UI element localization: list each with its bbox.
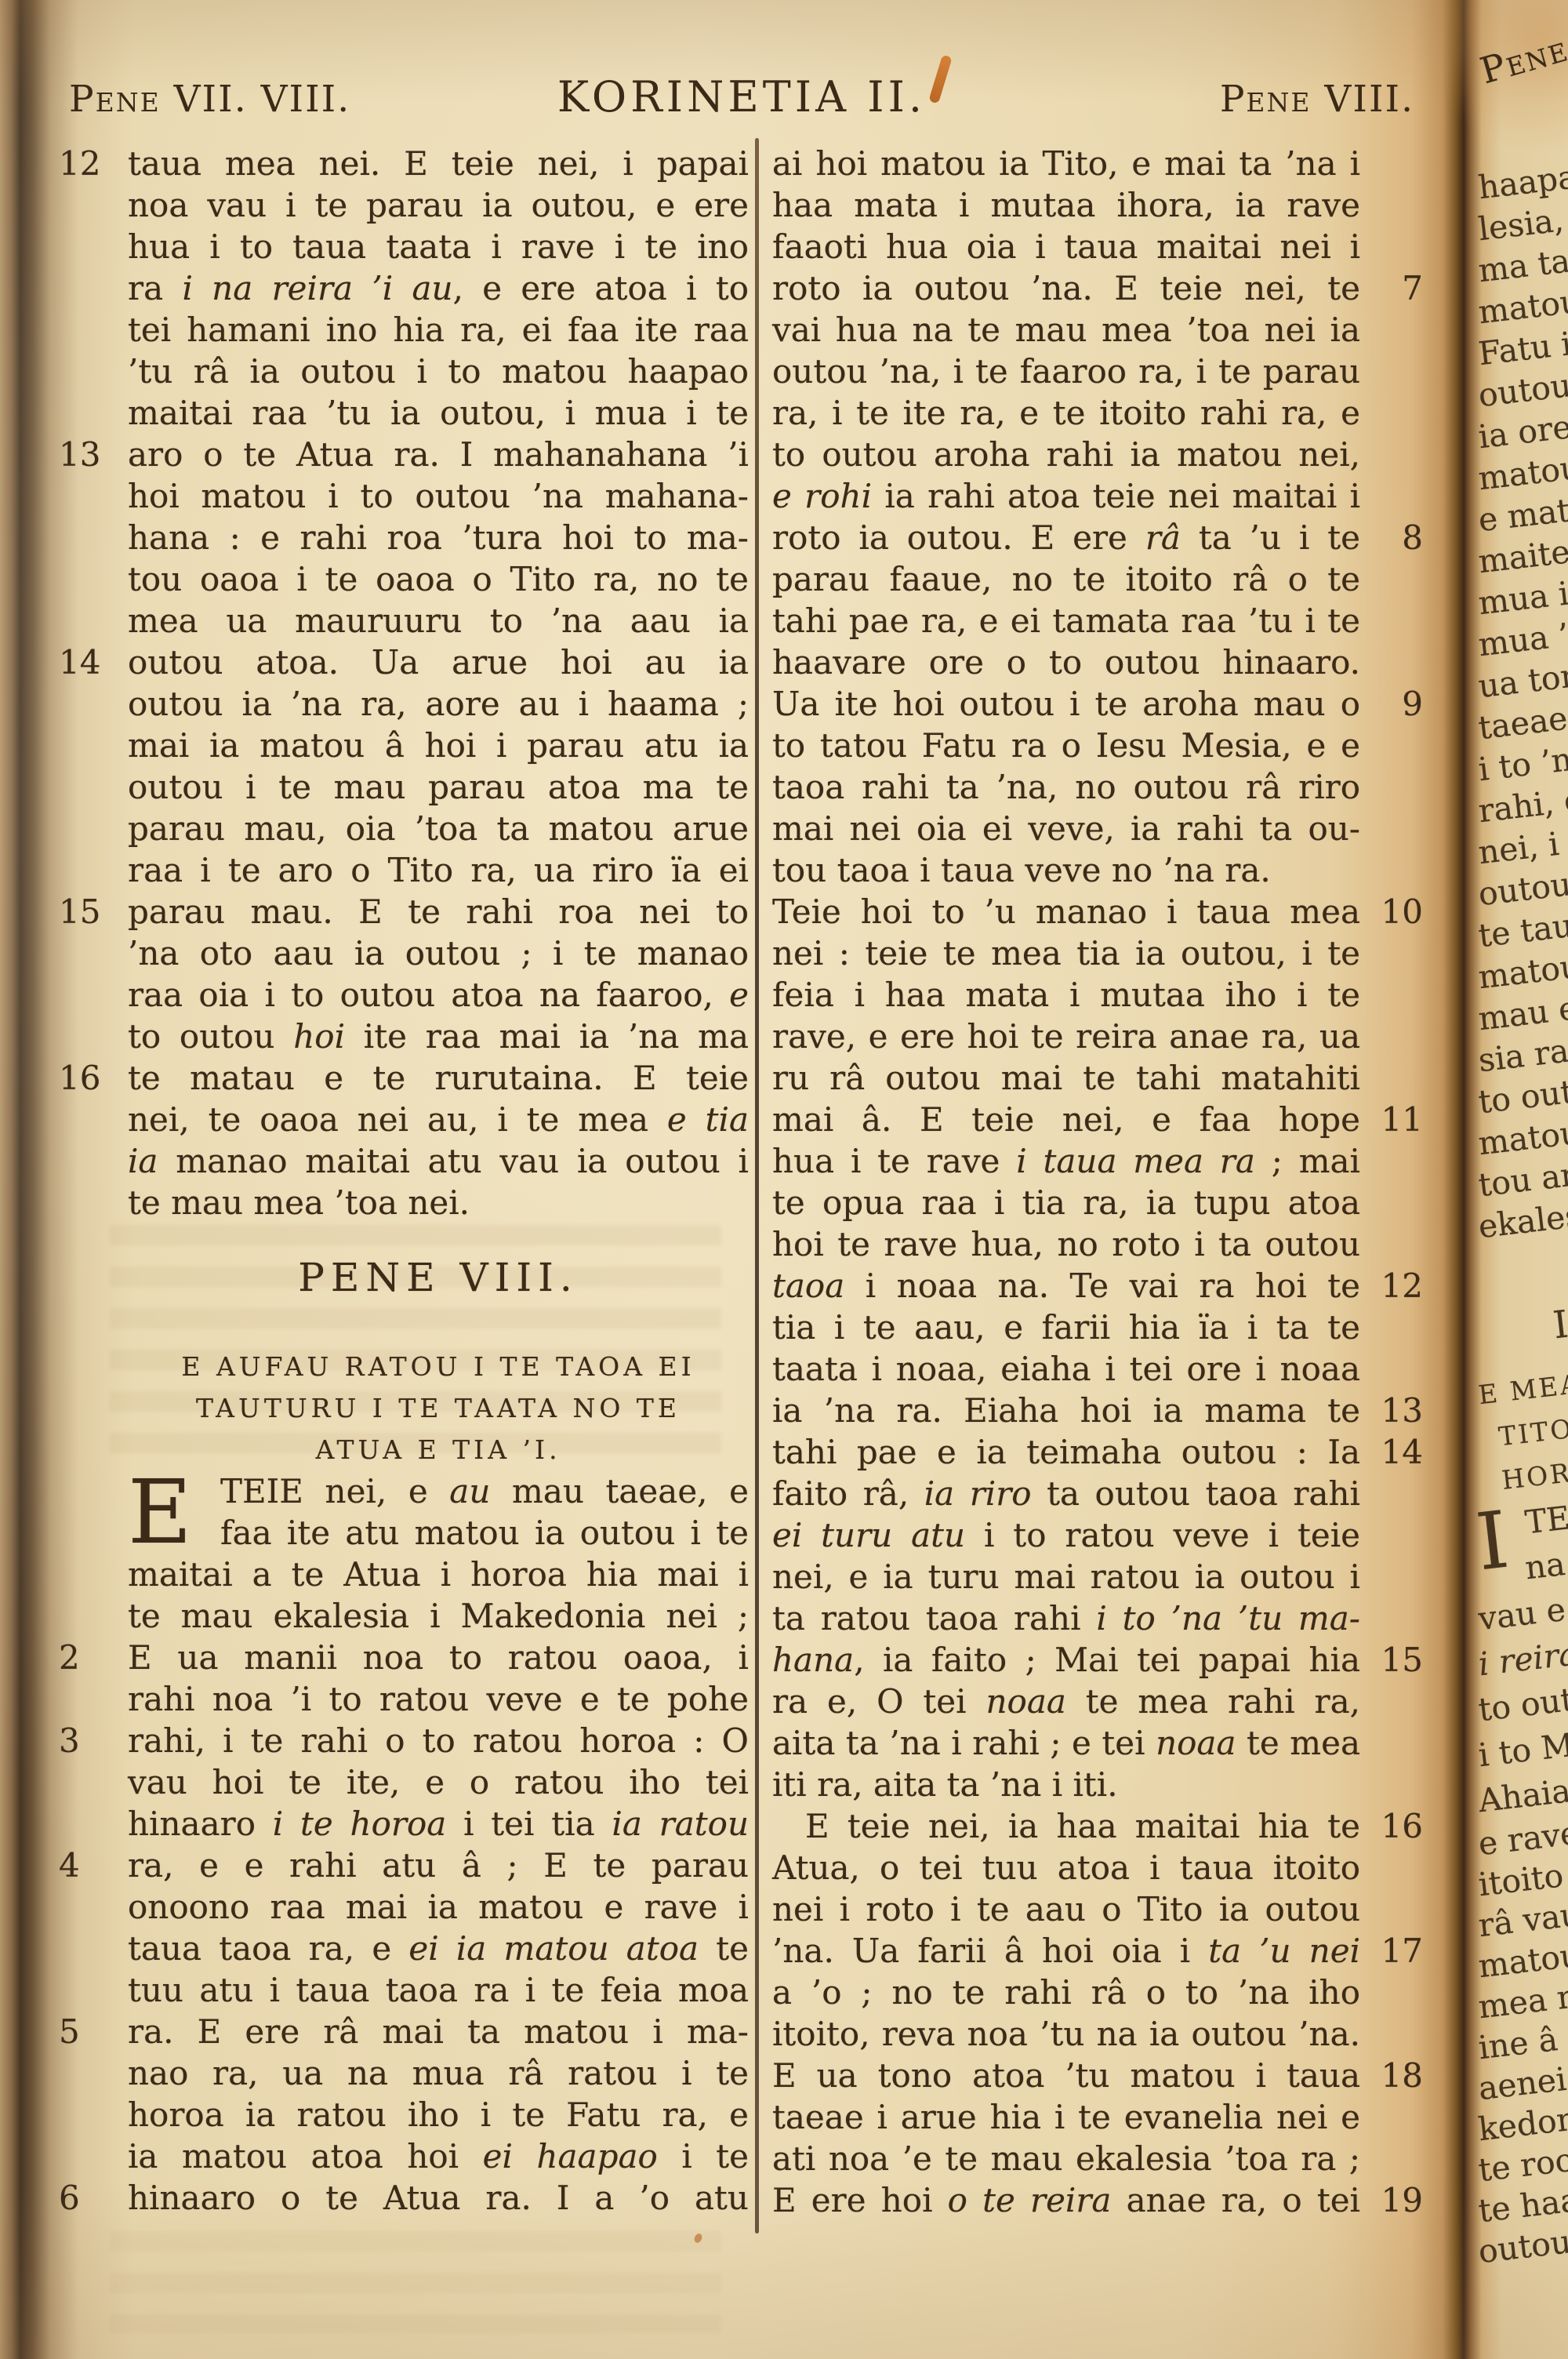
text-line: parau faaue, no te itoito râ o te bbox=[772, 558, 1423, 600]
text-line: 7roto ia outou ’na. E teie nei, te bbox=[772, 267, 1423, 309]
text-line: hua i to taua taata i rave i te ino bbox=[59, 226, 749, 267]
line-text: ra. E ere râ mai ta matou i ma- bbox=[128, 2011, 749, 2052]
line-text: ia matou atoa hoi ei haapao i te bbox=[128, 2135, 749, 2177]
text-line: 6hinaaro o te Atua ra. I a ’o atu bbox=[59, 2177, 749, 2219]
text-line: 14outou atoa. Ua arue hoi au ia bbox=[59, 642, 749, 683]
verse-number: 13 bbox=[59, 434, 100, 475]
line-text: itoito, reva noa ’tu na ia outou ’na. bbox=[772, 2013, 1360, 2055]
verse-number: 8 bbox=[1363, 517, 1423, 558]
chapter-subtitle-line: TAUTURU I TE TAATA NO TE bbox=[59, 1387, 749, 1429]
line-text: ATUA E TIA ’I. bbox=[128, 1429, 749, 1470]
text-line: to tatou Fatu ra o Iesu Mesia, e e bbox=[772, 725, 1423, 766]
text-line: vau hoi te ite, e o ratou iho tei bbox=[59, 1761, 749, 1803]
edge-running-title: Pene VIII. I bbox=[1475, 0, 1568, 92]
line-text: maitai a te Atua i horoa hia mai i bbox=[128, 1554, 749, 1595]
line-text: outou ’na, i te faaroo ra, i te parau bbox=[772, 351, 1360, 392]
text-line: 17’na. Ua farii â hoi oia i ta ’u nei bbox=[772, 1930, 1423, 1972]
line-text: E ua manii noa to ratou oaoa, i bbox=[128, 1637, 749, 1678]
line-text: tahi pae ra, e ei tamata raa ’tu i te bbox=[772, 600, 1360, 642]
verse-number: 9 bbox=[1363, 683, 1423, 725]
line-text: nei, te oaoa nei au, i te mea e tia bbox=[128, 1099, 749, 1140]
line-text: Atua, o tei tuu atoa i taua itoito bbox=[772, 1847, 1360, 1888]
line-text: E ua tono atoa ’tu matou i taua bbox=[772, 2055, 1360, 2096]
text-line: 10Teie hoi to ’u manao i taua mea bbox=[772, 891, 1423, 932]
line-text: TAUTURU I TE TAATA NO TE bbox=[128, 1387, 749, 1429]
line-text: I bbox=[1551, 1303, 1568, 1348]
left-text-column: 12taua mea nei. E teie nei, i papainoa v… bbox=[59, 143, 749, 2219]
text-line: to outou aroha rahi ia matou nei, bbox=[772, 434, 1423, 475]
line-text: mai ia matou â hoi i parau atu ia bbox=[128, 725, 749, 766]
line-text: hana, ia faito ; Mai tei papai hia bbox=[772, 1639, 1360, 1681]
text-line: 16te matau e te rurutaina. E teie bbox=[59, 1057, 749, 1099]
text-line: taeae i arue hia i te evanelia nei e bbox=[772, 2096, 1423, 2138]
line-text: taata i noaa, eiaha i tei ore i noaa bbox=[772, 1348, 1360, 1390]
text-line: outou ’na, i te faaroo ra, i te parau bbox=[772, 351, 1423, 392]
line-text: to outou hoi ite raa mai ia ’na ma bbox=[128, 1016, 749, 1057]
line-text: faito râ, ia riro ta outou taoa rahi bbox=[772, 1473, 1360, 1514]
line-text: ai hoi matou ia Tito, e mai ta ’na i bbox=[772, 143, 1360, 184]
line-text: hua i to taua taata i rave i te ino bbox=[128, 226, 749, 267]
text-line: 15hana, ia faito ; Mai tei papai hia bbox=[772, 1639, 1423, 1681]
line-text: hana : e rahi roa ’tura hoi to ma- bbox=[128, 517, 749, 558]
text-line: 2E ua manii noa to ratou oaoa, i bbox=[59, 1637, 749, 1678]
text-line: te mau mea ’toa nei. bbox=[59, 1182, 749, 1223]
line-text: onoono raa mai ia matou e rave i bbox=[128, 1886, 749, 1928]
line-text: horoa ia ratou iho i te Fatu ra, e bbox=[128, 2094, 749, 2135]
line-text: faa ite atu matou ia outou i te bbox=[220, 1512, 749, 1554]
text-line: 13ia ’na ra. Eiaha hoi ia mama te bbox=[772, 1390, 1423, 1431]
text-line: Atua, o tei tuu atoa i taua itoito bbox=[772, 1847, 1423, 1888]
text-line: mai nei oia ei veve, ia rahi ta ou- bbox=[772, 808, 1423, 849]
text-line: ra i na reira ’i au, e ere atoa i to bbox=[59, 267, 749, 309]
text-line: 9Ua ite hoi outou i te aroha mau o bbox=[772, 683, 1423, 725]
verse-number: 17 bbox=[1363, 1930, 1423, 1972]
text-line: ’tu râ ia outou i to matou haapao bbox=[59, 351, 749, 392]
line-text: ra i na reira ’i au, e ere atoa i to bbox=[128, 267, 749, 309]
text-line: hoi matou i to outou ’na mahana- bbox=[59, 475, 749, 517]
line-text: ra, e e rahi atu â ; E te parau bbox=[128, 1845, 749, 1886]
text-line: ati noa ’e te mau ekalesia ’toa ra ; bbox=[772, 2138, 1423, 2179]
line-text: aita ta ’na i rahi ; e tei noaa te mea bbox=[772, 1722, 1360, 1764]
line-text: E ere hoi o te reira anae ra, o tei bbox=[772, 2179, 1360, 2221]
text-line: 4ra, e e rahi atu â ; E te parau bbox=[59, 1845, 749, 1886]
line-text: e rohi ia rahi atoa teie nei maitai i bbox=[772, 475, 1360, 517]
page-header: Pene VII. VIII. KORINETIA II. Pene VIII. bbox=[69, 72, 1414, 122]
line-text: ra, i te ite ra, e te itoito rahi ra, e bbox=[772, 392, 1360, 434]
line-text: E teie nei, ia haa maitai hia te bbox=[772, 1805, 1360, 1847]
line-text: taua mea nei. E teie nei, i papai bbox=[128, 143, 749, 184]
text-line: te mau ekalesia i Makedonia nei ; bbox=[59, 1595, 749, 1637]
text-line: faa ite atu matou ia outou i te bbox=[59, 1512, 749, 1554]
text-line: tahi pae ra, e ei tamata raa ’tu i te bbox=[772, 600, 1423, 642]
book-page-scan: Pene VII. VIII. KORINETIA II. Pene VIII.… bbox=[0, 0, 1568, 2359]
text-line: tia i te aau, e farii hia ïa i ta te bbox=[772, 1307, 1423, 1348]
text-line: tuu atu i taua taoa ra i te feia moa bbox=[59, 1969, 749, 2011]
line-text: Teie hoi to ’u manao i taua mea bbox=[772, 891, 1360, 932]
line-text: parau faaue, no te itoito râ o te bbox=[772, 558, 1360, 600]
text-line: ra, i te ite ra, e te itoito rahi ra, e bbox=[772, 392, 1423, 434]
line-text: ru râ outou mai te tahi matahiti bbox=[772, 1057, 1360, 1099]
verse-number: 15 bbox=[59, 891, 100, 932]
text-line: ei turu atu i to ratou veve i teie bbox=[772, 1514, 1423, 1556]
line-text: haa mata i mutaa ihora, ia rave bbox=[772, 184, 1360, 226]
line-text: taoa i noaa na. Te vai ra hoi te bbox=[772, 1265, 1360, 1307]
line-text: ta ratou taoa rahi i to ’na ’tu ma- bbox=[772, 1598, 1360, 1639]
text-line: nei : teie te mea tia ia outou, i te bbox=[772, 932, 1423, 974]
text-line: outou i te mau parau atoa ma te bbox=[59, 766, 749, 808]
verse-number: 2 bbox=[59, 1637, 80, 1678]
text-line: rave, e ere hoi te reira anae ra, ua bbox=[772, 1016, 1423, 1057]
text-line: maitai raa ’tu ia outou, i mua i te bbox=[59, 392, 749, 434]
verse-number: 14 bbox=[59, 642, 100, 683]
line-text: E AUFAU RATOU I TE TAOA EI bbox=[128, 1346, 749, 1387]
text-line: taua taoa ra, e ei ia matou atoa te bbox=[59, 1928, 749, 1969]
line-text: ’tu râ ia outou i to matou haapao bbox=[128, 351, 749, 392]
line-text: nei, e ia turu mai ratou ia outou i bbox=[772, 1556, 1360, 1598]
text-line: 14tahi pae e ia teimaha outou : Ia bbox=[772, 1431, 1423, 1473]
text-line: taoa rahi ta ’na, no outou râ riro bbox=[772, 766, 1423, 808]
text-line: vai hua na te mau mea ’toa nei ia bbox=[772, 309, 1423, 351]
text-line: ia matou atoa hoi ei haapao i te bbox=[59, 2135, 749, 2177]
line-text: hua i te rave i taua mea ra ; mai bbox=[772, 1140, 1360, 1182]
showthrough-ghost-text bbox=[110, 2231, 721, 2333]
text-line: ta ratou taoa rahi i to ’na ’tu ma- bbox=[772, 1598, 1423, 1639]
line-text: tia i te aau, e farii hia ïa i ta te bbox=[772, 1307, 1360, 1348]
line-text: ati noa ’e te mau ekalesia ’toa ra ; bbox=[772, 2138, 1360, 2179]
verse-number: 13 bbox=[1363, 1390, 1423, 1431]
line-text: iti ra, aita ta ’na i iti. bbox=[772, 1764, 1360, 1805]
line-text: tou oaoa i te oaoa o Tito ra, no te bbox=[128, 558, 749, 600]
line-text: hinaaro o te Atua ra. I a ’o atu bbox=[128, 2177, 749, 2219]
verse-number: 3 bbox=[59, 1720, 80, 1761]
line-text: to tatou Fatu ra o Iesu Mesia, e e bbox=[772, 725, 1360, 766]
text-line: ru râ outou mai te tahi matahiti bbox=[772, 1057, 1423, 1099]
line-text: raa i te aro o Tito ra, ua riro ïa ei bbox=[128, 849, 749, 891]
line-text: taoa rahi ta ’na, no outou râ riro bbox=[772, 766, 1360, 808]
line-text: vai hua na te mau mea ’toa nei ia bbox=[772, 309, 1360, 351]
line-text: maitai raa ’tu ia outou, i mua i te bbox=[128, 392, 749, 434]
text-line: outou ia ’na ra, aore au i haama ; bbox=[59, 683, 749, 725]
line-text: noa vau i te parau ia outou, e ere bbox=[128, 184, 749, 226]
line-text: outou atoa. Ua arue hoi au ia bbox=[128, 642, 749, 683]
line-text: te mau mea ’toa nei. bbox=[128, 1182, 749, 1223]
spacer bbox=[59, 1300, 749, 1346]
line-text: nei i roto i te aau o Tito ia outou bbox=[772, 1888, 1360, 1930]
text-line: haavare ore o to outou hinaaro. bbox=[772, 642, 1423, 683]
verse-number: 5 bbox=[59, 2011, 80, 2052]
line-text: hoi matou i to outou ’na mahana- bbox=[128, 475, 749, 517]
chapter-subtitle-line: E AUFAU RATOU I TE TAOA EI bbox=[59, 1346, 749, 1387]
line-text: aro o te Atua ra. I mahanahana ’i bbox=[128, 434, 749, 475]
verse-number: 12 bbox=[59, 143, 100, 184]
line-text: parau mau. E te rahi roa nei to bbox=[128, 891, 749, 932]
line-text: nei : teie te mea tia ia outou, i te bbox=[772, 932, 1360, 974]
text-line: hana : e rahi roa ’tura hoi to ma- bbox=[59, 517, 749, 558]
text-line: a ’o ; no te rahi râ o to ’na iho bbox=[772, 1972, 1423, 2013]
verse-number: 6 bbox=[59, 2177, 80, 2219]
column-divider-rule bbox=[755, 138, 759, 2234]
line-text: faaoti hua oia i taua maitai nei i bbox=[772, 226, 1360, 267]
chapter-heading: PENE VIII. bbox=[59, 1255, 749, 1300]
verse-number: 10 bbox=[1363, 891, 1423, 932]
line-text: te matau e te rurutaina. E teie bbox=[128, 1057, 749, 1099]
line-text: hoi te rave hua, no roto i ta outou bbox=[772, 1223, 1360, 1265]
line-text: ’na. Ua farii â hoi oia i ta ’u nei bbox=[772, 1930, 1360, 1972]
text-line: raa oia i to outou atoa na faaroo, e bbox=[59, 974, 749, 1016]
text-line: 13aro o te Atua ra. I mahanahana ’i bbox=[59, 434, 749, 475]
line-text: raa oia i to outou atoa na faaroo, e bbox=[128, 974, 749, 1016]
line-text: rahi, i te rahi o to ratou horoa : O bbox=[128, 1720, 749, 1761]
line-text: ’na oto aau ia outou ; i te manao bbox=[128, 932, 749, 974]
line-text: parau mau, oia ’toa ta matou arue bbox=[128, 808, 749, 849]
text-line: iti ra, aita ta ’na i iti. bbox=[772, 1764, 1423, 1805]
text-line: faaoti hua oia i taua maitai nei i bbox=[772, 226, 1423, 267]
book-title: KORINETIA II. bbox=[557, 72, 926, 122]
line-text: rave, e ere hoi te reira anae ra, ua bbox=[772, 1016, 1360, 1057]
text-line: nei i roto i te aau o Tito ia outou bbox=[772, 1888, 1423, 1930]
line-text: tahi pae e ia teimaha outou : Ia bbox=[772, 1431, 1360, 1473]
line-text: taua taoa ra, e ei ia matou atoa te bbox=[128, 1928, 749, 1969]
line-text: ia ’na ra. Eiaha hoi ia mama te bbox=[772, 1390, 1360, 1431]
text-line: 15parau mau. E te rahi roa nei to bbox=[59, 891, 749, 932]
line-text: TEIE nei, e au mau taeae, e bbox=[220, 1470, 749, 1512]
line-text: roto ia outou ’na. E teie nei, te bbox=[772, 267, 1360, 309]
text-line: 8roto ia outou. E ere râ ta ’u i te bbox=[772, 517, 1423, 558]
spacer bbox=[59, 1223, 749, 1255]
line-text: tou taoa i taua veve no ’na ra. bbox=[772, 849, 1360, 891]
text-line: horoa ia ratou iho i te Fatu ra, e bbox=[59, 2094, 749, 2135]
text-line: nao ra, ua na mua râ ratou i te bbox=[59, 2052, 749, 2094]
text-line: 16E teie nei, ia haa maitai hia te bbox=[772, 1805, 1423, 1847]
line-text: haavare ore o to outou hinaaro. bbox=[772, 642, 1360, 683]
running-title-left: Pene VII. VIII. bbox=[69, 78, 557, 121]
text-line: te opua raa i tia ra, ia tupu atoa bbox=[772, 1182, 1423, 1223]
text-line: 5ra. E ere râ mai ta matou i ma- bbox=[59, 2011, 749, 2052]
line-text: mai â. E teie nei, e faa hope bbox=[772, 1099, 1360, 1140]
text-line: nei, te oaoa nei au, i te mea e tia bbox=[59, 1099, 749, 1140]
text-line: hua i te rave i taua mea ra ; mai bbox=[772, 1140, 1423, 1182]
text-line: 12taoa i noaa na. Te vai ra hoi te bbox=[772, 1265, 1423, 1307]
verse-number: 14 bbox=[1363, 1431, 1423, 1473]
line-text: PENE VIII. bbox=[128, 1255, 749, 1300]
text-line: taata i noaa, eiaha i tei ore i noaa bbox=[772, 1348, 1423, 1390]
text-line: tei hamani ino hia ra, ei faa ite raa bbox=[59, 309, 749, 351]
verse-number: 12 bbox=[1363, 1265, 1423, 1307]
text-line: ETEIE nei, e au mau taeae, e bbox=[59, 1470, 749, 1512]
text-line: feia i haa mata i mutaa iho i te bbox=[772, 974, 1423, 1016]
line-text: te mau ekalesia i Makedonia nei ; bbox=[128, 1595, 749, 1637]
line-text: a ’o ; no te rahi râ o to ’na iho bbox=[772, 1972, 1360, 2013]
text-line: tou oaoa i te oaoa o Tito ra, no te bbox=[59, 558, 749, 600]
text-line: faito râ, ia riro ta outou taoa rahi bbox=[772, 1473, 1423, 1514]
text-line: to outou hoi ite raa mai ia ’na ma bbox=[59, 1016, 749, 1057]
line-text: mea ua mauruuru to ’na aau ia bbox=[128, 600, 749, 642]
text-line: aita ta ’na i rahi ; e tei noaa te mea bbox=[772, 1722, 1423, 1764]
line-text: hinaaro i te horoa i tei tia ia ratou bbox=[128, 1803, 749, 1845]
line-text: haapao atoa bbox=[1476, 147, 1568, 206]
verse-number: 7 bbox=[1363, 267, 1423, 309]
text-line: 18E ua tono atoa ’tu matou i taua bbox=[772, 2055, 1423, 2096]
line-text: mai nei oia ei veve, ia rahi ta ou- bbox=[772, 808, 1360, 849]
text-line: raa i te aro o Tito ra, ua riro ïa ei bbox=[59, 849, 749, 891]
text-line: noa vau i te parau ia outou, e ere bbox=[59, 184, 749, 226]
running-title-right: Pene VIII. bbox=[926, 78, 1414, 121]
verse-number: 4 bbox=[59, 1845, 80, 1886]
line-text: tuu atu i taua taoa ra i te feia moa bbox=[128, 1969, 749, 2011]
verse-number: 18 bbox=[1363, 2055, 1423, 2096]
line-text: nao ra, ua na mua râ ratou i te bbox=[128, 2052, 749, 2094]
text-line: ra e, O tei noaa te mea rahi ra, bbox=[772, 1681, 1423, 1722]
line-text: outou ia ’na ra, aore au i haama ; bbox=[128, 683, 749, 725]
text-line: onoono raa mai ia matou e rave i bbox=[59, 1886, 749, 1928]
text-line: mea ua mauruuru to ’na aau ia bbox=[59, 600, 749, 642]
text-line: hinaaro i te horoa i tei tia ia ratou bbox=[59, 1803, 749, 1845]
line-text: taeae i arue hia i te evanelia nei e bbox=[772, 2096, 1360, 2138]
text-line: mai ia matou â hoi i parau atu ia bbox=[59, 725, 749, 766]
line-text: rahi noa ’i to ratou veve e te pohe bbox=[128, 1678, 749, 1720]
line-text: outou i te mau parau atoa ma te bbox=[128, 766, 749, 808]
text-line: itoito, reva noa ’tu na ia outou ’na. bbox=[772, 2013, 1423, 2055]
right-text-column: ai hoi matou ia Tito, e mai ta ’na ihaa … bbox=[772, 143, 1423, 2221]
line-text: roto ia outou. E ere râ ta ’u i te bbox=[772, 517, 1360, 558]
verse-number: 11 bbox=[1363, 1099, 1423, 1140]
text-line: nei, e ia turu mai ratou ia outou i bbox=[772, 1556, 1423, 1598]
verse-number: 16 bbox=[1363, 1805, 1423, 1847]
line-text: to outou aroha rahi ia matou nei, bbox=[772, 434, 1360, 475]
text-line: ia manao maitai atu vau ia outou i bbox=[59, 1140, 749, 1182]
text-line: 3rahi, i te rahi o to ratou horoa : O bbox=[59, 1720, 749, 1761]
verse-number: 19 bbox=[1363, 2179, 1423, 2221]
line-text: te opua raa i tia ra, ia tupu atoa bbox=[772, 1182, 1360, 1223]
text-line: parau mau, oia ’toa ta matou arue bbox=[59, 808, 749, 849]
verse-number: 16 bbox=[59, 1057, 100, 1099]
line-text: feia i haa mata i mutaa iho i te bbox=[772, 974, 1360, 1016]
text-line: 19E ere hoi o te reira anae ra, o tei bbox=[772, 2179, 1423, 2221]
text-line: rahi noa ’i to ratou veve e te pohe bbox=[59, 1678, 749, 1720]
line-text: ra e, O tei noaa te mea rahi ra, bbox=[772, 1681, 1360, 1722]
line-text: vau hoi te ite, e o ratou iho tei bbox=[128, 1761, 749, 1803]
text-line: 11mai â. E teie nei, e faa hope bbox=[772, 1099, 1423, 1140]
text-line: maitai a te Atua i horoa hia mai i bbox=[59, 1554, 749, 1595]
text-line: tou taoa i taua veve no ’na ra. bbox=[772, 849, 1423, 891]
line-text: tei hamani ino hia ra, ei faa ite raa bbox=[128, 309, 749, 351]
text-line: ai hoi matou ia Tito, e mai ta ’na i bbox=[772, 143, 1423, 184]
text-line: e rohi ia rahi atoa teie nei maitai i bbox=[772, 475, 1423, 517]
next-page-edge-strip: haapao atoalesia, ia haema taua taomatou… bbox=[1468, 169, 1568, 2274]
text-line: hoi te rave hua, no roto i ta outou bbox=[772, 1223, 1423, 1265]
verse-number: 15 bbox=[1363, 1639, 1423, 1681]
text-line: 12taua mea nei. E teie nei, i papai bbox=[59, 143, 749, 184]
line-text: Ua ite hoi outou i te aroha mau o bbox=[772, 683, 1360, 725]
line-text: ei turu atu i to ratou veve i teie bbox=[772, 1514, 1360, 1556]
line-text: ia manao maitai atu vau ia outou i bbox=[128, 1140, 749, 1182]
text-line: ’na oto aau ia outou ; i te manao bbox=[59, 932, 749, 974]
text-line: haa mata i mutaa ihora, ia rave bbox=[772, 184, 1423, 226]
